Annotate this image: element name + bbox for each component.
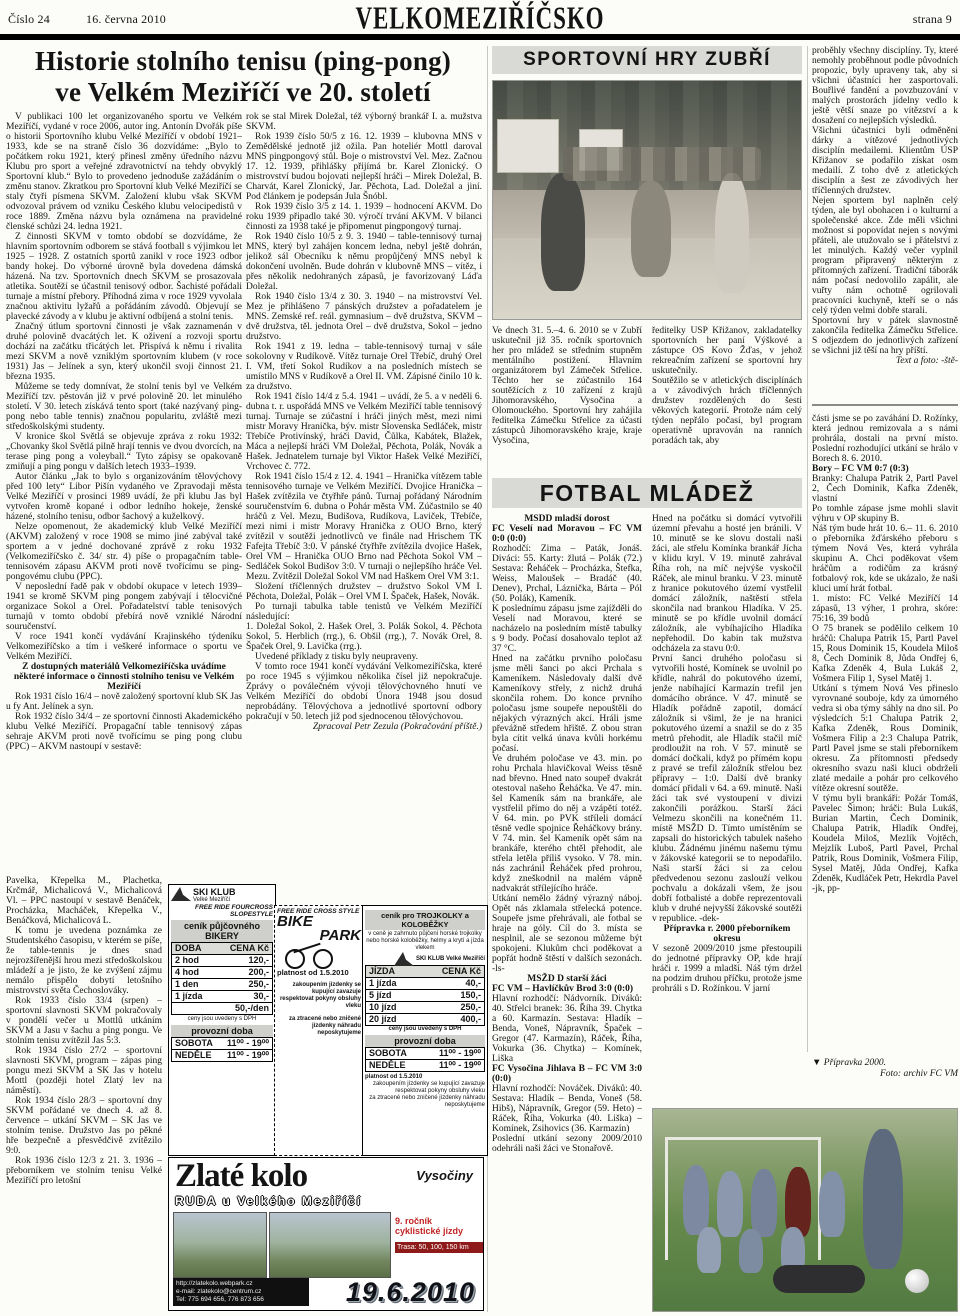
zlatekolo-contacts: http://zlatekolo.webpark.cz e-mail: zlat… bbox=[173, 1278, 309, 1306]
fotbal-column-1: MSDD mladší dorostFC Veselí nad Moravou … bbox=[492, 514, 642, 1312]
paragraph: První šanci druhého poločasu si vytvořil… bbox=[652, 654, 802, 924]
crowd bbox=[563, 147, 761, 181]
paragraph: V kronice škol Světlá se objevuje zpráva… bbox=[6, 432, 242, 472]
ad-club-name: SKI KLUB bbox=[193, 887, 236, 897]
col-doba: DOBA bbox=[175, 943, 202, 954]
trike-validity: platnost od 1.5.2010 bbox=[365, 1074, 485, 1081]
opening-hours-title: provozní doba bbox=[365, 1035, 485, 1047]
paragraph: ředitelky ÚSP Křižanov, zakladatelky spo… bbox=[652, 326, 802, 376]
paragraph: Hned na počátku si domácí vytvořili územ… bbox=[652, 514, 802, 654]
paragraph: Bory – FC VM 0:7 (0:3) bbox=[812, 464, 958, 474]
trike-club: SKI KLUB Velké Meziříčí bbox=[416, 956, 485, 963]
paragraph: V neposlední řadě pak v období okupace v… bbox=[6, 582, 242, 632]
vat-note: ceny jsou uvedeny s DPH bbox=[171, 1016, 273, 1023]
photo-caption: ▼ Přípravka 2000. Foto: archiv FC VM bbox=[812, 1058, 958, 1080]
ad-pricelist-title: ceník půjčovného BIKERY bbox=[171, 920, 273, 942]
right-column-zubri: proběhly všechny disciplíny. Ty, které n… bbox=[812, 46, 958, 398]
paragraph: Nejen sportem byl naplněn celý týden, al… bbox=[812, 196, 958, 316]
vat-note: ceny jsou uvedeny s DPH bbox=[365, 1026, 485, 1033]
paragraph: V sezoně 2009/2010 jsme přestoupili do j… bbox=[652, 944, 802, 994]
price-row: 50,-/den bbox=[171, 1002, 273, 1015]
right-column-fotbal: části jsme se po zaváhání D. Rožínky, kt… bbox=[812, 414, 958, 1050]
ad-bike-park: FREE RIDE CROSS STYLE BIKE PARK platnost… bbox=[274, 905, 364, 1156]
price-cell: 11⁰⁰ - 19⁰⁰ bbox=[227, 1038, 269, 1049]
col-cena: CENA Kč bbox=[230, 943, 269, 954]
price-cell: 50,-/den bbox=[235, 1003, 269, 1014]
paragraph: FC Veselí nad Moravou – FC VM 0:0 (0:0) bbox=[492, 524, 642, 544]
paragraph: MSDD mladší dorost bbox=[492, 514, 642, 524]
opening-hours-table: SOBOTA11⁰⁰ - 19⁰⁰NEDĚLE11⁰⁰ - 19⁰⁰ bbox=[171, 1037, 273, 1062]
col-cena: CENA Kč bbox=[442, 966, 481, 977]
paragraph: Ve dnech 31. 5.–4. 6. 2010 se v Zubří us… bbox=[492, 326, 642, 446]
ski-klub-logo-icon bbox=[171, 887, 191, 901]
paragraph: Můžeme se tedy domnívat, že stolní tenis… bbox=[6, 382, 242, 432]
paragraph: V týmu byli brankáři: Požár Tomáš, Pavel… bbox=[812, 794, 958, 894]
price-cell: 400,- bbox=[460, 1014, 481, 1025]
zubri-photo bbox=[492, 80, 802, 320]
column-rule bbox=[807, 46, 808, 1052]
paragraph: Zpracoval Petr Zezula (Pokračování příšt… bbox=[246, 722, 482, 732]
caption-line2: Foto: archiv FC VM bbox=[812, 1069, 958, 1080]
paragraph: Složení tříčlenných družstev – družstvo … bbox=[246, 582, 482, 602]
paragraph: Soutěžilo se v atletických disciplínách … bbox=[652, 376, 802, 446]
paragraph: Všichni účastníci byli odměněni dárky a … bbox=[812, 126, 958, 196]
building bbox=[497, 119, 559, 173]
bikepark-title-2: PARK bbox=[277, 929, 361, 943]
cyclist-photo-right bbox=[269, 1212, 391, 1278]
paragraph: Sportovní hry v pátek slavnostně zakonči… bbox=[812, 316, 958, 356]
paragraph: Poslední utkání sezony 2009/2010 odehrál… bbox=[492, 1134, 642, 1154]
bikepark-validity: platnost od 1.5.2010 bbox=[277, 969, 361, 978]
rope-holder-figure bbox=[715, 173, 749, 293]
ski-klub-logo-icon bbox=[394, 952, 414, 966]
zubri-column-2: ředitelky ÚSP Křižanov, zakladatelky spo… bbox=[652, 326, 802, 472]
price-cell: 11⁰⁰ - 19⁰⁰ bbox=[227, 1050, 269, 1061]
article-headline-line2: ve Velkém Meziříčí ve 20. století bbox=[2, 77, 484, 108]
paragraph: Autor článku „Jak to bylo s organizování… bbox=[6, 472, 242, 522]
ad-freeride-tagline: FREE RIDE FOURCROSS SLOPESTYLE bbox=[171, 904, 273, 918]
zlatekolo-title: Zlaté kolo bbox=[175, 1160, 307, 1192]
paragraph: Utkání s týmem Nová Ves přineslo vyrovna… bbox=[812, 684, 958, 794]
price-cell: 200,- bbox=[248, 967, 269, 978]
zlatekolo-route: Trasa: 50, 100, 150 km bbox=[395, 1242, 483, 1253]
price-cell: 1 den bbox=[175, 979, 199, 990]
paragraph: Rok 1934 číslo 28/3 – sportovní dny SKVM… bbox=[6, 1096, 162, 1156]
paragraph: Rok 1934 číslo 27/2 – sportovní slavnost… bbox=[6, 1046, 162, 1096]
zubri-column-1: Ve dnech 31. 5.–4. 6. 2010 se v Zubří us… bbox=[492, 326, 642, 472]
price-cell: SOBOTA bbox=[369, 1048, 407, 1059]
paragraph: Hned na začátku prvního poločasu jsme mě… bbox=[492, 654, 642, 754]
player-figure bbox=[697, 1227, 721, 1273]
caption-line1: ▼ Přípravka 2000. bbox=[812, 1058, 958, 1069]
trike-note-1: zakoupením jízdenky se kupující zavazuje… bbox=[365, 1081, 485, 1095]
zlatekolo-subtitle: Vysočiny bbox=[416, 1168, 473, 1183]
paragraph: Rok 1941 z 19. ledna – table-tennisový t… bbox=[246, 342, 482, 392]
player-figure bbox=[739, 1229, 763, 1273]
paragraph: Rok 1939 číslo 3/5 z 14. 1. 1939 – hodno… bbox=[246, 202, 482, 232]
paragraph: MSŽD D starší žáci bbox=[492, 974, 642, 984]
player-figure bbox=[751, 1169, 777, 1237]
article-headline-line1: Historie stolního tenisu (ping-pong) bbox=[2, 46, 484, 77]
price-cell: 4 hod bbox=[175, 967, 199, 978]
newspaper-page: { "page": { "issue": "Číslo 24", "date":… bbox=[0, 0, 960, 1316]
price-cell: 11⁰⁰ - 19⁰⁰ bbox=[439, 1048, 481, 1059]
cyclist-photo-left bbox=[173, 1212, 267, 1278]
football bbox=[905, 1269, 929, 1293]
paragraph: části jsme se po zaváhání D. Rožínky, kt… bbox=[812, 414, 958, 464]
paragraph: Text a foto: -ště- bbox=[812, 356, 958, 366]
price-cell: 1 jízda bbox=[175, 991, 203, 1002]
paragraph: Uvedené příklady z tisku byly neupraveny… bbox=[246, 652, 482, 662]
paragraph: Z činnosti SKVM v tomto období se dozvíd… bbox=[6, 232, 242, 322]
paragraph: Rok 1940 číslo 13/4 z 30. 3. 1940 – na m… bbox=[246, 292, 482, 342]
paragraph: Utkání nemělo žádný výrazný náboj. Opět … bbox=[492, 894, 642, 974]
player-figure bbox=[717, 1171, 743, 1237]
paragraph: Přípravka r. 2000 přeborníkem okresu bbox=[652, 924, 802, 944]
opening-hours-title: provozní doba bbox=[171, 1025, 273, 1037]
page-label: strana 9 bbox=[913, 12, 952, 27]
zlatekolo-date: 19.6.2010 bbox=[346, 1277, 475, 1308]
fotbal-column-2: Hned na počátku si domácí vytvořili územ… bbox=[652, 514, 802, 1102]
coach-figure bbox=[863, 1129, 903, 1269]
zlatekolo-edition: 9. ročník cyklistické jízdy bbox=[395, 1216, 479, 1236]
price-cell: 5 jízd bbox=[369, 990, 392, 1001]
ad-club-city: Velké Meziříčí bbox=[193, 897, 236, 904]
person-figure bbox=[541, 173, 585, 291]
header-rule bbox=[0, 34, 960, 40]
price-cell: 40,- bbox=[465, 978, 481, 989]
paragraph: Rozhodčí: Zima – Paták, Jonáš. Diváci: 5… bbox=[492, 544, 642, 604]
price-cell: 30,- bbox=[253, 991, 269, 1002]
zlatekolo-location: RUDA u Velkého Meziříčí bbox=[175, 1194, 362, 1208]
price-cell: SOBOTA bbox=[175, 1038, 213, 1049]
section-header-zubri: SPORTOVNÍ HRY ZUBŘÍ bbox=[492, 46, 802, 74]
paragraph: Ve druhém poločase ve 43. min. po rohu P… bbox=[492, 754, 642, 894]
price-row: 20 jízd400,- bbox=[365, 1013, 485, 1026]
paragraph: Z dostupných materiálů Velkomeziříčska u… bbox=[6, 662, 242, 692]
paragraph: V publikaci 100 let organizovaného sport… bbox=[6, 112, 242, 232]
paragraph: K tomu je uvedena poznámka ze Studentské… bbox=[6, 926, 162, 996]
price-row: NEDĚLE11⁰⁰ - 19⁰⁰ bbox=[171, 1049, 273, 1062]
player-figure bbox=[819, 1171, 845, 1237]
paragraph: proběhly všechny disciplíny. Ty, které n… bbox=[812, 46, 958, 126]
price-table: 2 hod120,-4 hod200,-1 den250,-1 jízda30,… bbox=[171, 954, 273, 1015]
paragraph: O 75 branek se podělilo celkem 10 hráčů:… bbox=[812, 624, 958, 684]
paragraph: Po tomhle zápase jsme mohli slavit výhru… bbox=[812, 504, 958, 524]
article-column-2: rok se stal Mirek Doležal, též výborný b… bbox=[246, 112, 482, 892]
paragraph: Rok 1936 číslo 12/3 z 21. 3. 1936 – přeb… bbox=[6, 1156, 162, 1186]
bikepark-note-2: za ztracené nebo zničené jízdenky náhrad… bbox=[277, 1016, 361, 1037]
bike-doodle-icon bbox=[277, 943, 361, 969]
price-row: NEDĚLE11⁰⁰ - 19⁰⁰ bbox=[365, 1059, 485, 1072]
masthead: VELKOMEZIŘÍČSKO bbox=[38, 2, 921, 37]
team-photo bbox=[652, 1108, 958, 1312]
paragraph: Branky: Chalupa Patrik 2, Partl Pavel 2,… bbox=[812, 474, 958, 504]
paragraph: 1. Doležal Sokol, 2. Hašek Orel, 3. Polá… bbox=[246, 622, 482, 652]
price-cell: 10 jízd bbox=[369, 1002, 397, 1013]
paragraph: Po turnaji tabulka table tenistů ve Velk… bbox=[246, 602, 482, 622]
price-cell: 2 hod bbox=[175, 955, 199, 966]
price-cell: 11⁰⁰ - 19⁰⁰ bbox=[439, 1060, 481, 1071]
jumping-child-figure bbox=[631, 181, 671, 277]
zlatekolo-email: e-mail: zlatekolo@centrum.cz bbox=[176, 1288, 306, 1296]
paragraph: Značný útlum sportovní činnosti je však … bbox=[6, 322, 242, 382]
trike-note-2: za ztracené nebo zničené jízdenky náhrad… bbox=[365, 1095, 485, 1109]
section-header-fotbal: FOTBAL MLÁDEŽ bbox=[492, 478, 802, 508]
paragraph: Hlavní rozhodčí: Nováček. Diváků: 40. Se… bbox=[492, 1084, 642, 1134]
paragraph: V roce 1941 končí vydávání Krajinského t… bbox=[6, 632, 242, 662]
player-figure bbox=[683, 1165, 709, 1235]
price-cell: 150,- bbox=[460, 990, 481, 1001]
ad-trike-rental: ceník pro TROJKOLKY a KOLOBĚŽKY v ceně j… bbox=[362, 905, 488, 1156]
ad-zlate-kolo: Zlaté kolo Vysočiny RUDA u Velkého Meziř… bbox=[168, 1157, 484, 1311]
paragraph: Rok 1941 číslo 14/4 z 5.4. 1941 – uvádí,… bbox=[246, 392, 482, 472]
price-table: 1 jízda40,-5 jízd150,-10 jízd250,-20 jíz… bbox=[365, 977, 485, 1026]
paragraph: Náš tým bude hrát 10. 6.– 11. 6. 2010 o … bbox=[812, 524, 958, 594]
price-cell: 120,- bbox=[248, 955, 269, 966]
paragraph: Nelze opomenout, že akademický klub Velk… bbox=[6, 522, 242, 582]
paragraph: FC Vysočina Jihlava B – FC VM 3:0 (0:0) bbox=[492, 1064, 642, 1084]
ad-ski-rental-bikery: SKI KLUB Velké Meziříčí FREE RIDE FOURCR… bbox=[168, 884, 276, 1156]
paragraph: Hlavní rozhodčí: Nádvorník. Diváků: 40. … bbox=[492, 994, 642, 1064]
trike-subtitle: v ceně je zahrnuto půjčení horské trojko… bbox=[365, 931, 485, 952]
paragraph: Rok 1939 číslo 50/5 z 16. 12. 1939 – klu… bbox=[246, 132, 482, 202]
bikepark-note-1: zakoupením jízdenky se kupující zavazuje… bbox=[277, 982, 361, 1010]
price-cell: 1 jízda bbox=[369, 978, 397, 989]
paragraph: V tomto roce 1941 končí vydávání Velkome… bbox=[246, 662, 482, 722]
trike-title: ceník pro TROJKOLKY a KOLOBĚŽKY bbox=[365, 910, 485, 930]
paragraph: Rok 1933 číslo 33/4 (srpen) – sportovní … bbox=[6, 996, 162, 1046]
price-cell: NEDĚLE bbox=[369, 1060, 406, 1071]
paragraph: Rok 1940 číslo 10/5 z 9. 3. 1940 – table… bbox=[246, 232, 482, 292]
article-column-1: V publikaci 100 let organizovaného sport… bbox=[6, 112, 242, 874]
price-cell: 20 jízd bbox=[369, 1014, 397, 1025]
paragraph: FC VM – Havlíčkův Brod 3:0 (0:0) bbox=[492, 984, 642, 994]
right-column-divider bbox=[812, 404, 958, 406]
col-jizda: JÍZDA bbox=[369, 966, 395, 977]
zlatekolo-web: http://zlatekolo.webpark.cz bbox=[176, 1280, 306, 1288]
lying-player-figure bbox=[773, 1265, 865, 1293]
opening-hours-table: SOBOTA11⁰⁰ - 19⁰⁰NEDĚLE11⁰⁰ - 19⁰⁰ bbox=[365, 1047, 485, 1072]
paragraph: Rok 1941 číslo 15/4 z 12. 4. 1941 – Hran… bbox=[246, 472, 482, 582]
paragraph: Rok 1932 číslo 34/4 – ze sportovní činno… bbox=[6, 712, 242, 752]
paragraph: 1. místo: FC Velké Meziříčí 14 zápasů, 1… bbox=[812, 594, 958, 624]
article-column-1-narrow: Pavelka, Křepelka M., Plachetka, Krčmář,… bbox=[6, 876, 162, 1312]
zlatekolo-phone: Tel: 775 694 656, 776 873 656 bbox=[176, 1296, 306, 1304]
price-cell: 250,- bbox=[248, 979, 269, 990]
paragraph: K poslednímu zápasu jsme zajížděli do Ve… bbox=[492, 604, 642, 654]
paragraph: rok se stal Mirek Doležal, též výborný b… bbox=[246, 112, 482, 132]
price-cell: 250,- bbox=[460, 1002, 481, 1013]
paragraph: Rok 1931 číslo 16/4 – nově založený spor… bbox=[6, 692, 242, 712]
price-cell: NEDĚLE bbox=[175, 1050, 212, 1061]
paragraph: Pavelka, Křepelka M., Plachetka, Krčmář,… bbox=[6, 876, 162, 926]
